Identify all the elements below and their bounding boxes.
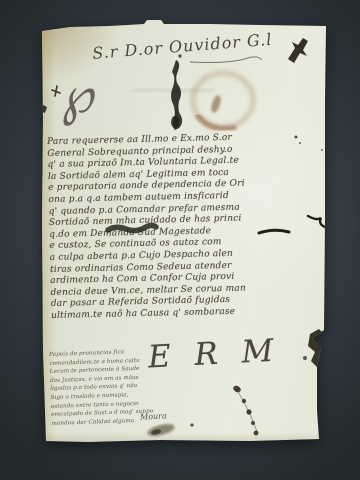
closing-formula-erm: E R M	[147, 333, 281, 376]
margin-note-block: Papeis de pronuncias fica comendadilem.t…	[49, 348, 144, 429]
opening-flourish-ornament: ℘	[54, 67, 97, 124]
photo-of-manuscript: { "document": { "header_salutation": "S.…	[0, 0, 360, 480]
brown-stain-arc	[198, 116, 234, 129]
bleedthrough-smudge	[132, 89, 214, 92]
ink-drip-blot	[171, 60, 182, 130]
bottom-smudge	[146, 422, 176, 438]
paper-sheet: S.r D.or Ouvidor G.l ℘ Para requererse a…	[40, 20, 328, 444]
header-swash	[190, 57, 262, 63]
body-text-block: Para requererse aa Ill.mo e Ex.mo S.or G…	[47, 131, 299, 322]
manuscript-page: S.r D.or Ouvidor G.l ℘ Para requererse a…	[40, 20, 328, 444]
brown-ring-stain	[193, 73, 253, 127]
brown-stain-core	[209, 94, 222, 114]
margin-hook-mark	[308, 216, 325, 227]
signature-note: Moura	[140, 411, 167, 421]
crease-line	[236, 388, 257, 432]
left-edge-nick	[40, 104, 47, 113]
ink-drip-tail	[171, 116, 179, 128]
header-salutation: S.r D.or Ouvidor G.l	[92, 28, 293, 63]
right-edge-tear-mark	[308, 329, 328, 367]
